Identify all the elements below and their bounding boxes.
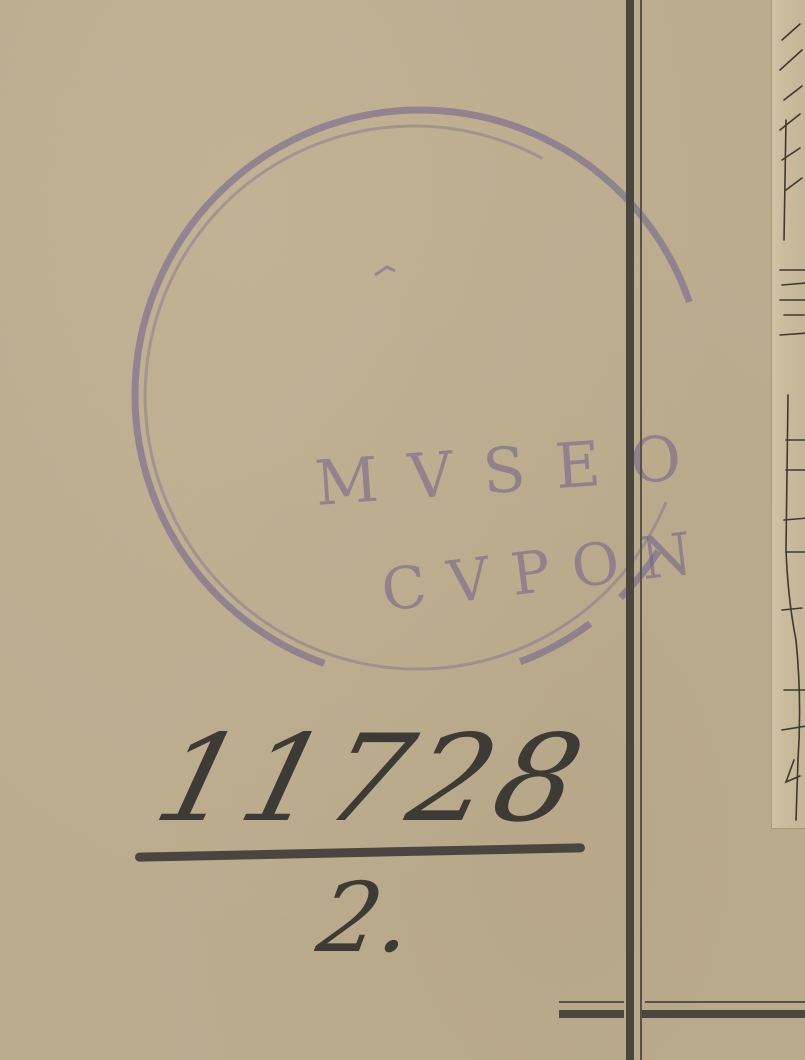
frame-rule-vertical-thick: [626, 0, 634, 1060]
inventory-numerator: 11728: [145, 720, 597, 840]
frame-rule-vertical-thin: [640, 0, 642, 1060]
pen-sketch-icon: [772, 0, 805, 828]
inventory-number: 11728 2.: [130, 720, 610, 980]
museum-stamp: MVSEO CVPON: [120, 95, 700, 695]
frame-rule-horizontal-thin-left: [559, 1001, 624, 1003]
mounted-drawing-fragment: [771, 0, 805, 829]
inventory-denominator: 2.: [312, 870, 421, 966]
frame-rule-horizontal-thin-right: [645, 1001, 805, 1003]
mount-card: MVSEO CVPON 11728 2.: [0, 0, 805, 1060]
frame-rule-horizontal-thick-right: [642, 1010, 805, 1018]
frame-rule-horizontal-thick-left: [559, 1010, 624, 1018]
